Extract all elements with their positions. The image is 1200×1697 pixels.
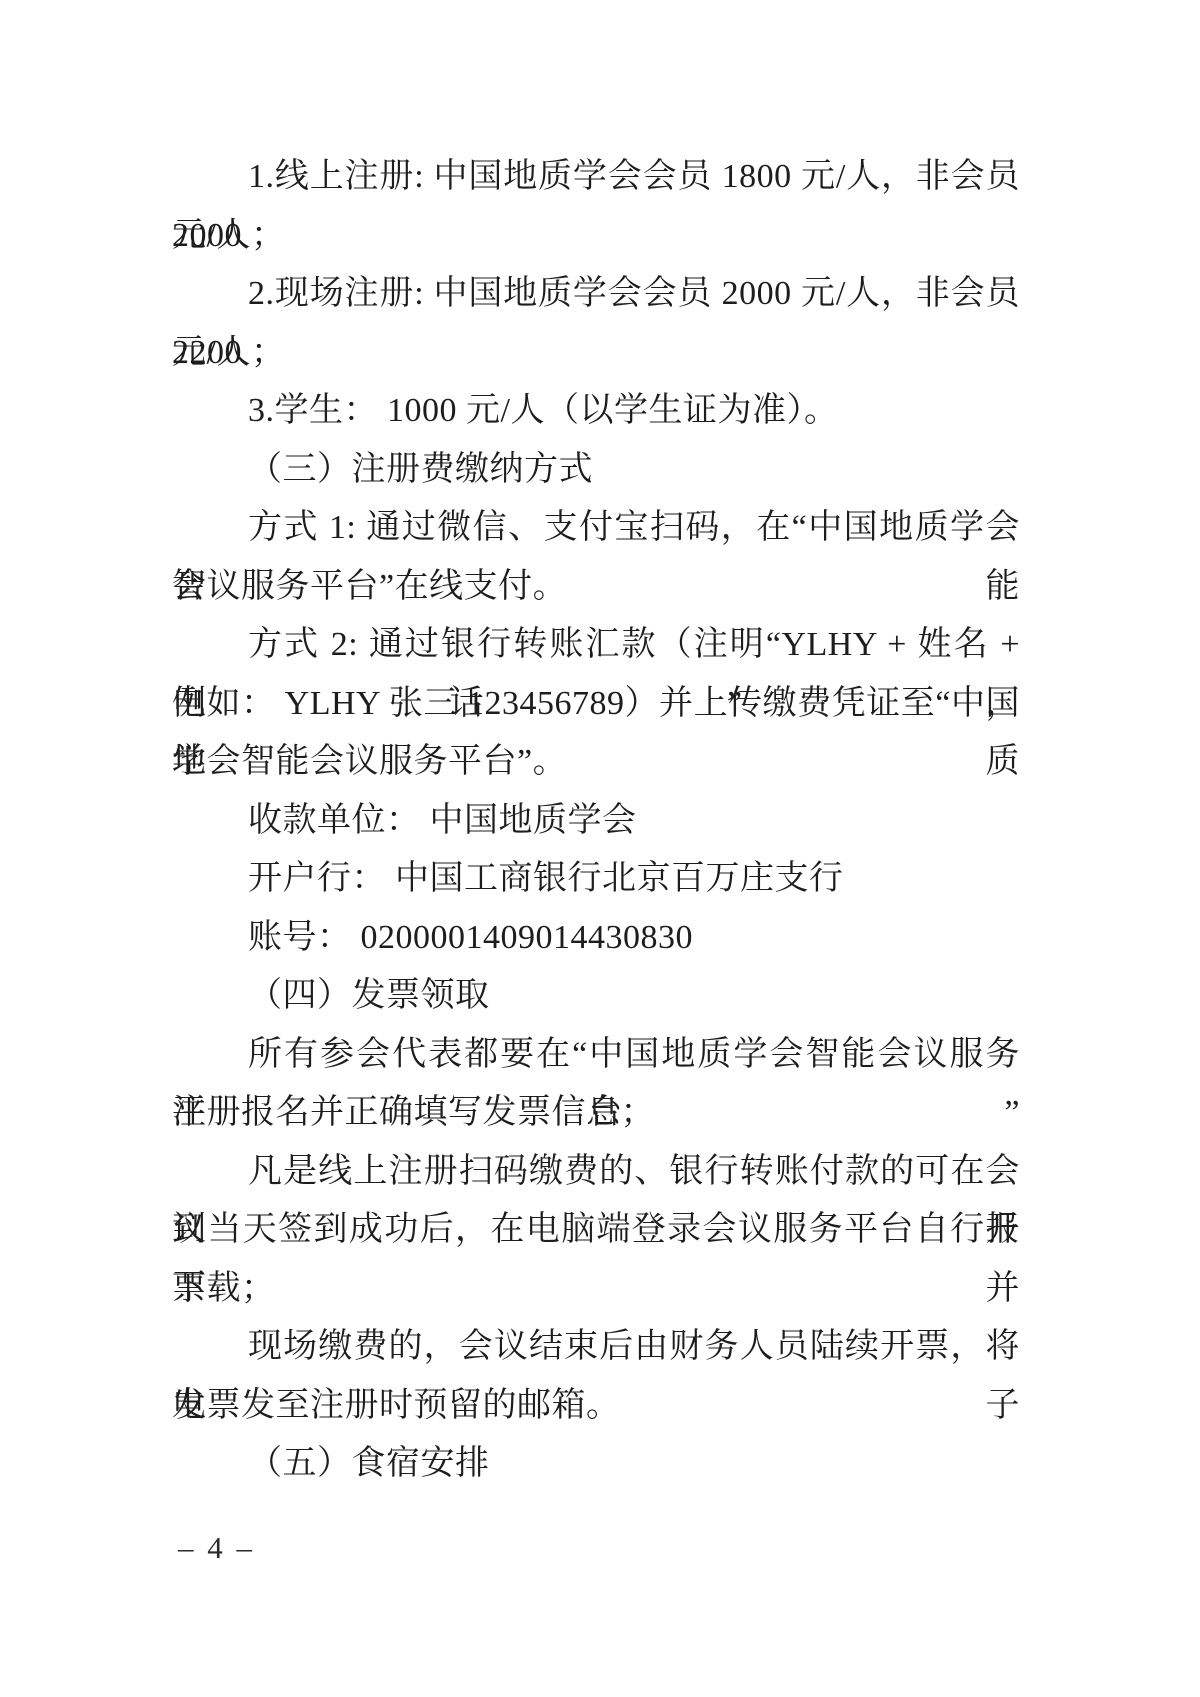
section-heading: （三）注册费缴纳方式 — [172, 441, 1020, 500]
text-line: 凡是线上注册扫码缴费的、银行转账付款的可在会议报 — [172, 1143, 1020, 1202]
section-heading: （四）发票领取 — [172, 967, 1020, 1026]
text-line: 2.现场注册: 中国地质学会会员 2000 元/人，非会员 2200 — [172, 265, 1020, 324]
page-number: – 4 – — [178, 1528, 255, 1568]
text-line: 账号： 0200001409014430830 — [172, 909, 1020, 968]
text-line: 1.线上注册: 中国地质学会会员 1800 元/人，非会员 2000 — [172, 148, 1020, 207]
text-line: 方式 1: 通过微信、支付宝扫码，在“中国地质学会智能 — [172, 499, 1020, 558]
text-line: 元/人； — [172, 207, 1020, 266]
text-line: 方式 2: 通过银行转账汇款（注明“YLHY + 姓名 + 电话”， — [172, 616, 1020, 675]
text-line: 到当天签到成功后，在电脑端登录会议服务平台自行开票并 — [172, 1201, 1020, 1260]
text-line: 3.学生： 1000 元/人（以学生证为准）。 — [172, 382, 1020, 441]
text-line: 开户行： 中国工商银行北京百万庄支行 — [172, 850, 1020, 909]
document-body: 1.线上注册: 中国地质学会会员 1800 元/人，非会员 2000 元/人； … — [172, 148, 1020, 1494]
text-line: 所有参会代表都要在“中国地质学会智能会议服务平台” — [172, 1026, 1020, 1085]
text-line: 现场缴费的，会议结束后由财务人员陆续开票，将电子 — [172, 1318, 1020, 1377]
text-line: 收款单位： 中国地质学会 — [172, 792, 1020, 851]
document-page: 1.线上注册: 中国地质学会会员 1800 元/人，非会员 2000 元/人； … — [0, 0, 1200, 1697]
text-line: 元/人； — [172, 324, 1020, 383]
text-line: 例如： YLHY 张三 123456789）并上传缴费凭证至“中国地质 — [172, 675, 1020, 734]
section-heading: （五）食宿安排 — [172, 1435, 1020, 1494]
